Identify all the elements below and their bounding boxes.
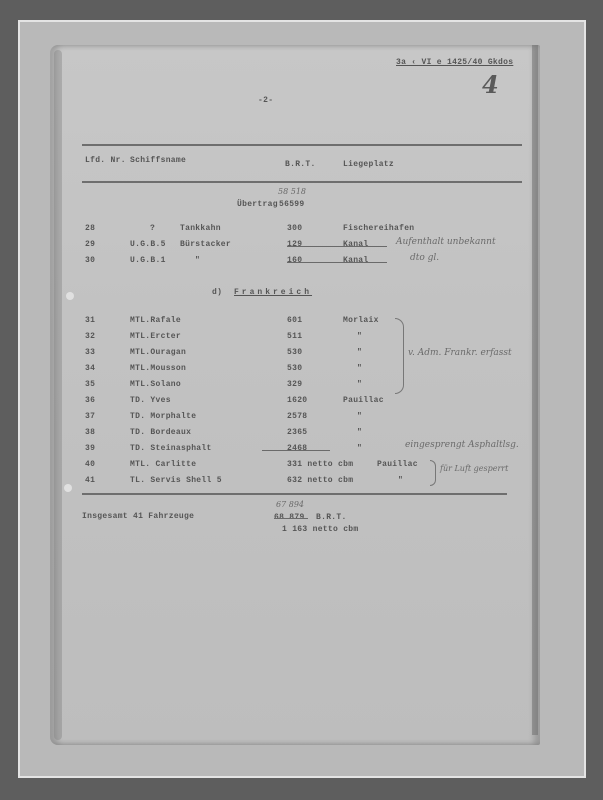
strikethrough-line [274, 518, 308, 519]
row-liegeplatz: " [357, 428, 362, 437]
row-prefix: ? [150, 224, 155, 233]
row-liegeplatz: " [357, 348, 362, 357]
row-brt: 2468 [287, 444, 307, 453]
row-nr: 34 [85, 364, 95, 373]
row-nr: 33 [85, 348, 95, 357]
section-number: d) [212, 288, 222, 297]
row-brt: 300 [287, 224, 302, 233]
document-reference: 3a ‹ VI e 1425/40 Gkdos [396, 58, 513, 67]
total-cbm: 1 163 netto cbm [282, 525, 359, 534]
row-prefix: U.G.B.5 [130, 240, 166, 249]
row-name: TD. Steinasphalt [130, 444, 212, 453]
row-nr: 38 [85, 428, 95, 437]
row-brt: 129 [287, 240, 302, 249]
row-liegeplatz: Morlaix [343, 316, 379, 325]
row-brt: 530 [287, 348, 302, 357]
row-prefix: U.G.B.1 [130, 256, 166, 265]
bracket-rows-31-35 [395, 318, 404, 394]
handwritten-note-dto: dto gl. [410, 253, 439, 263]
handwritten-note-rows-40-41: für Luft gesperrt [440, 464, 508, 473]
row-nr: 35 [85, 380, 95, 389]
row-liegeplatz: Pauillac [377, 460, 418, 469]
row-brt: 530 [287, 364, 302, 373]
row-name: " [195, 256, 200, 265]
row-brt: 331 netto cbm [287, 460, 353, 469]
row-brt: 160 [287, 256, 302, 265]
handwritten-note-row-39: eingesprengt Asphaltlsg. [405, 440, 519, 450]
handwritten-page-number: 4 [482, 70, 499, 99]
row-brt: 1620 [287, 396, 307, 405]
column-header-brt: B.R.T. [285, 160, 316, 169]
section-title: Frankreich [234, 288, 312, 297]
row-liegeplatz: Pauillac [343, 396, 384, 405]
row-name: TD. Yves [130, 396, 171, 405]
row-nr: 29 [85, 240, 95, 249]
row-nr: 28 [85, 224, 95, 233]
total-brt-unit: B.R.T. [316, 513, 347, 522]
row-nr: 31 [85, 316, 95, 325]
row-nr: 40 [85, 460, 95, 469]
uebertrag-label: Übertrag [237, 200, 278, 209]
bracket-rows-40-41 [430, 460, 436, 486]
strikethrough-line [287, 246, 387, 247]
row-liegeplatz: " [357, 412, 362, 421]
uebertrag-correction: 58 518 [278, 187, 306, 196]
total-rule [82, 493, 507, 495]
row-liegeplatz: Fischereihafen [343, 224, 414, 233]
document-page [50, 45, 540, 745]
row-liegeplatz: " [357, 380, 362, 389]
row-name: TL. Servis Shell 5 [130, 476, 222, 485]
row-name: MTL. Carlitte [130, 460, 196, 469]
row-brt: 511 [287, 332, 302, 341]
row-brt: 2365 [287, 428, 307, 437]
page-fold-left [54, 50, 62, 740]
row-name: MTL.Ouragan [130, 348, 186, 357]
row-name: Bürstacker [180, 240, 231, 249]
row-name: Tankkahn [180, 224, 221, 233]
row-nr: 30 [85, 256, 95, 265]
row-liegeplatz: Kanal [343, 240, 369, 249]
row-brt: 632 netto cbm [287, 476, 353, 485]
row-brt: 2578 [287, 412, 307, 421]
row-nr: 36 [85, 396, 95, 405]
header-bottom-rule [82, 181, 522, 183]
total-handwritten-brt: 67 894 [276, 500, 304, 509]
row-nr: 37 [85, 412, 95, 421]
row-liegeplatz: " [357, 332, 362, 341]
row-brt: 601 [287, 316, 302, 325]
row-nr: 39 [85, 444, 95, 453]
strikethrough-line [287, 262, 387, 263]
typed-page-number: -2- [258, 96, 273, 105]
punch-hole [66, 292, 74, 300]
handwritten-note-unknown: Aufenthalt unbekannt [396, 237, 496, 247]
row-brt: 329 [287, 380, 302, 389]
row-liegeplatz: " [398, 476, 403, 485]
row-name: TD. Morphalte [130, 412, 196, 421]
punch-hole [64, 484, 72, 492]
row-nr: 41 [85, 476, 95, 485]
total-label: Insgesamt 41 Fahrzeuge [82, 512, 194, 521]
column-header-name: Schiffsname [130, 156, 186, 165]
row-name: MTL.Ercter [130, 332, 181, 341]
strikethrough-line [262, 450, 330, 451]
row-name: MTL.Solano [130, 380, 181, 389]
row-liegeplatz: " [357, 444, 362, 453]
column-header-liegeplatz: Liegeplatz [343, 160, 394, 169]
row-name: MTL.Rafale [130, 316, 181, 325]
column-header-nr: Lfd. Nr. [85, 156, 126, 165]
header-top-rule [82, 144, 522, 146]
page-edge-right [532, 45, 538, 735]
row-liegeplatz: " [357, 364, 362, 373]
uebertrag-value: 56599 [279, 200, 305, 209]
row-nr: 32 [85, 332, 95, 341]
row-name: TD. Bordeaux [130, 428, 191, 437]
row-liegeplatz: Kanal [343, 256, 369, 265]
handwritten-note-erfasst: v. Adm. Frankr. erfasst [408, 348, 512, 358]
row-name: MTL.Mousson [130, 364, 186, 373]
